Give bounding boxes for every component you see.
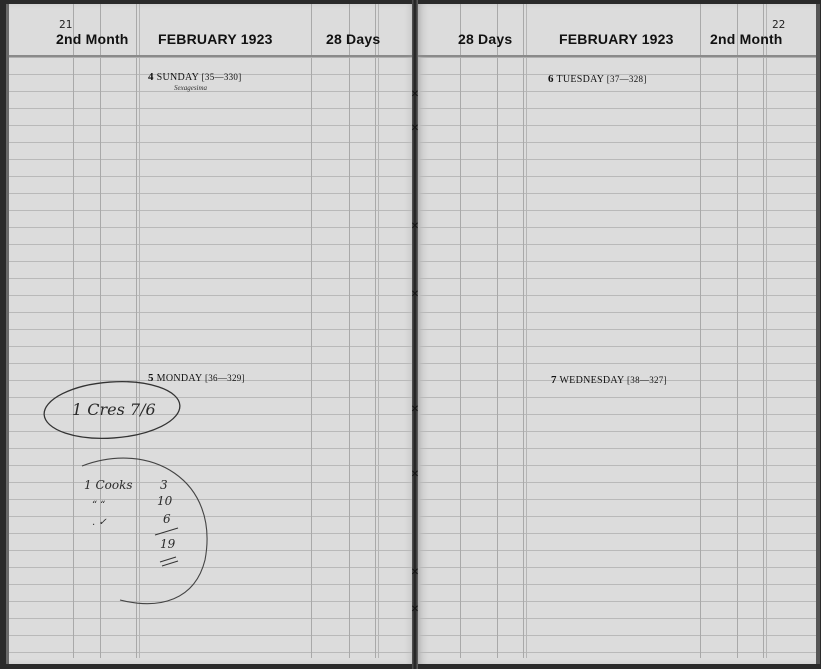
header-rule	[9, 55, 417, 58]
stitch-icon: ✕	[410, 605, 420, 615]
page-title: FEBRUARY 1923	[158, 31, 273, 47]
handwritten-ditto: “ “	[92, 500, 105, 511]
page-number: 21	[59, 18, 72, 31]
handwritten-total: 19	[160, 537, 175, 551]
handwritten-item-label: 1 Cooks	[84, 478, 133, 492]
page-title: FEBRUARY 1923	[559, 31, 674, 47]
column-rule	[763, 4, 764, 658]
column-rule	[460, 4, 461, 658]
day-entry-tuesday: 6 TUESDAY [37—328]	[548, 73, 647, 85]
column-rule	[311, 4, 312, 658]
day-name: TUESDAY	[556, 74, 603, 85]
day-number: 5	[148, 372, 154, 384]
column-rule	[73, 4, 74, 658]
stitch-icon: ✕	[410, 470, 420, 480]
column-rule	[737, 4, 738, 658]
day-entry-wednesday: 7 WEDNESDAY [38—327]	[551, 374, 667, 386]
stitch-icon: ✕	[410, 405, 420, 415]
stitch-icon: ✕	[410, 290, 420, 300]
day-subtitle: Sexagesima	[174, 84, 207, 92]
month-label: 2nd Month	[56, 31, 129, 47]
days-label: 28 Days	[326, 31, 380, 47]
column-rule	[375, 4, 376, 658]
header-rule	[416, 55, 816, 58]
handwritten-note: 1 Cres 7/6	[72, 400, 156, 419]
column-rule	[349, 4, 350, 658]
stitch-icon: ✕	[410, 222, 420, 232]
day-number: 6	[548, 73, 554, 85]
column-rule	[497, 4, 498, 658]
handwritten-figure: 6	[163, 512, 171, 526]
stitch-icon: ✕	[410, 568, 420, 578]
stitch-icon: ✕	[410, 124, 420, 134]
day-counter: [35—330]	[202, 72, 242, 82]
day-number: 7	[551, 374, 557, 386]
column-rule	[136, 4, 137, 658]
column-rule	[700, 4, 701, 658]
day-entry-monday: 5 MONDAY [36—329]	[148, 372, 245, 384]
stitch-icon: ✕	[410, 90, 420, 100]
day-counter: [37—328]	[607, 74, 647, 84]
right-page: 22 28 Days FEBRUARY 1923 2nd Month 6 TUE…	[416, 4, 820, 664]
day-entry-sunday: 4 SUNDAY [35—330]	[148, 71, 242, 83]
days-label: 28 Days	[458, 31, 512, 47]
day-counter: [38—327]	[627, 375, 667, 385]
day-name: SUNDAY	[157, 72, 199, 83]
day-counter: [36—329]	[205, 373, 245, 383]
handwritten-figure: 3	[160, 478, 168, 492]
diary-spread: 21 2nd Month FEBRUARY 1923 28 Days 4 SUN…	[0, 0, 821, 669]
month-label: 2nd Month	[710, 31, 783, 47]
handwritten-ditto: . ✓	[92, 517, 107, 528]
page-number: 22	[772, 18, 785, 31]
day-name: MONDAY	[157, 373, 203, 384]
day-number: 4	[148, 71, 154, 83]
column-rule	[523, 4, 524, 658]
day-name: WEDNESDAY	[559, 375, 624, 386]
column-rule	[100, 4, 101, 658]
handwritten-figure: 10	[157, 494, 172, 508]
left-page: 21 2nd Month FEBRUARY 1923 28 Days 4 SUN…	[6, 4, 417, 664]
